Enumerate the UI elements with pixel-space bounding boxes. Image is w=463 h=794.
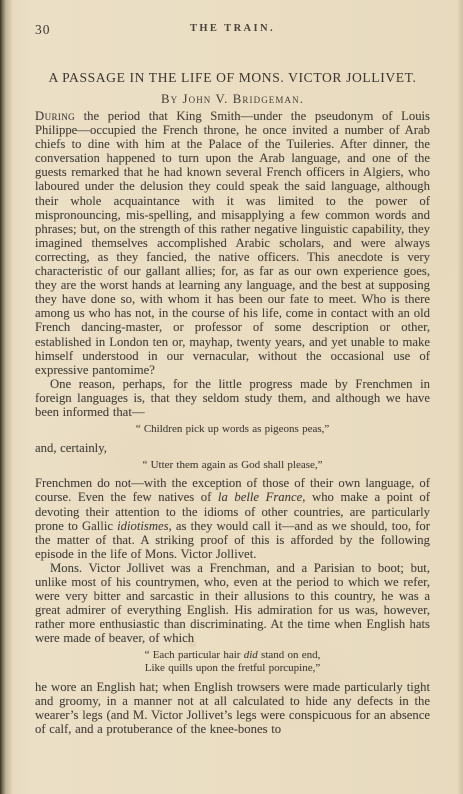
verse-quote: “ Children pick up words as pigeons peas… (35, 423, 430, 436)
page-right-edge-shadow (457, 0, 463, 794)
text-run: Like quills upon the fretful porcupine,” (145, 662, 320, 674)
verse-quote: “ Each particular hair did stand on end,… (35, 649, 430, 674)
text-run: “ Children pick up words as pigeons peas… (136, 423, 330, 435)
text-run: One reason, perhaps, for the little prog… (35, 377, 430, 419)
paragraph: During the period that King Smith—under … (35, 109, 430, 377)
page-left-edge-shadow (0, 0, 13, 794)
paragraph: Mons. Victor Jollivet was a Frenchman, a… (35, 561, 430, 646)
text-run: “ Utter them again as God shall please,” (142, 459, 322, 471)
text-run: he wore an English hat; when English tro… (35, 680, 430, 736)
text-run: Mons. Victor Jollivet was a Frenchman, a… (35, 561, 430, 645)
article-byline: By John V. Bridgeman. (35, 92, 430, 107)
paragraph: he wore an English hat; when English tro… (35, 680, 430, 736)
smallcaps-text: During (35, 109, 75, 123)
interjection-line: and, certainly, (35, 441, 430, 455)
verse-line: “ Utter them again as God shall please,” (35, 459, 430, 472)
running-title: THE TRAIN. (35, 23, 430, 34)
paragraph: Frenchmen do not—with the exception of t… (35, 476, 430, 561)
paragraph: One reason, perhaps, for the little prog… (35, 377, 430, 419)
article-body: During the period that King Smith—under … (35, 109, 430, 736)
verse-line: “ Children pick up words as pigeons peas… (35, 423, 430, 436)
italic-text: did (244, 649, 258, 661)
verse-quote: “ Utter them again as God shall please,” (35, 459, 430, 472)
text-run: stand on end, (258, 649, 321, 661)
italic-text: la belle France (218, 490, 302, 504)
running-header: 30 THE TRAIN. (35, 21, 430, 37)
text-run: the period that King Smith—under the pse… (35, 109, 430, 377)
article-title: A PASSAGE IN THE LIFE OF MONS. VICTOR JO… (30, 70, 435, 86)
text-run: and, certainly, (35, 441, 107, 455)
italic-text: idiotismes (117, 519, 168, 533)
book-page: 30 THE TRAIN. A PASSAGE IN THE LIFE OF M… (0, 0, 463, 794)
text-run: “ Each particular hair (145, 649, 244, 661)
verse-line: Like quills upon the fretful porcupine,” (35, 662, 430, 675)
verse-line: “ Each particular hair did stand on end, (35, 649, 430, 662)
